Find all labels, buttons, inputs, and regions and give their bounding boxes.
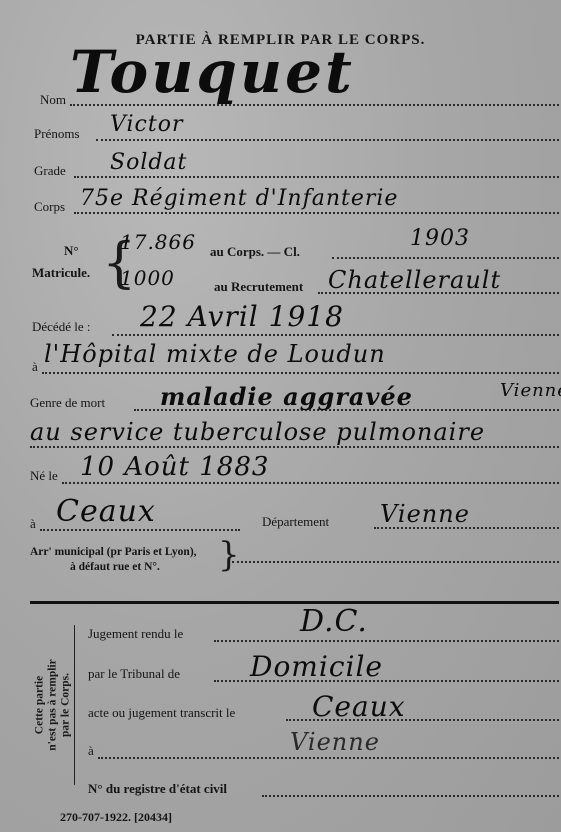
civil-a-value: Vienne — [290, 728, 380, 756]
civil-a-label: à — [88, 743, 94, 759]
civil-section-side-note: Cette partie n'est pas à remplir par le … — [28, 620, 78, 790]
registre-dotted-line — [262, 795, 559, 797]
recrutement-lieu-value: Chatellerault — [328, 266, 501, 294]
genre-de-mort-value: maladie aggravée — [160, 382, 413, 411]
matricule-corps-label: au Corps. — Cl. — [210, 244, 300, 260]
arrondissement-label-line1: Arr' municipal (pr Paris et Lyon), — [30, 546, 197, 558]
side-note-line-3: par le Corps. — [60, 659, 73, 750]
matricule-label: Matricule. — [32, 265, 90, 281]
matricule-no-label: N° — [64, 243, 79, 259]
print-reference: 270-707-1922. [20434] — [60, 810, 172, 825]
departement-label: Département — [262, 514, 329, 530]
decede-le-value: 22 Avril 1918 — [140, 300, 344, 333]
prenoms-label: Prénoms — [34, 126, 80, 142]
decede-le-label: Décédé le : — [32, 319, 90, 335]
decede-a-dotted-line — [42, 372, 559, 374]
section-divider — [30, 601, 559, 604]
side-note-line-2: n'est pas à remplir — [47, 659, 60, 750]
classe-value: 1903 — [410, 226, 470, 251]
genre-de-mort-label: Genre de mort — [30, 395, 105, 411]
jugement-rendu-dotted-line — [214, 640, 559, 642]
nom-value: Touquet — [70, 38, 355, 106]
corps-dotted-line — [74, 212, 559, 214]
ne-le-dotted-line — [62, 482, 559, 484]
matricule-recrutement-label: au Recrutement — [214, 279, 303, 295]
ne-a-value: Ceaux — [56, 494, 156, 529]
prenoms-value: Victor — [110, 112, 183, 137]
prenoms-dotted-line — [96, 139, 559, 141]
registre-label: N° du registre d'état civil — [88, 781, 227, 797]
genre-de-mort-continuation-line — [30, 446, 559, 448]
civil-a-dotted-line — [98, 757, 559, 759]
grade-value: Soldat — [110, 150, 187, 175]
tribunal-label: par le Tribunal de — [88, 666, 180, 682]
arrondissement-brace: } — [218, 538, 240, 572]
decede-a-margin-note: Vienne — [500, 380, 561, 401]
civil-section-brace — [74, 625, 75, 785]
genre-de-mort-continuation: au service tuberculose pulmonaire — [30, 418, 485, 446]
matricule-corps-value: 17.866 — [120, 230, 196, 254]
jugement-rendu-value: D.C. — [300, 604, 368, 639]
corps-label: Corps — [34, 199, 65, 215]
corps-value: 75e Régiment d'Infanterie — [80, 186, 398, 211]
side-note-line-1: Cette partie — [34, 659, 47, 750]
classe-dotted-line — [332, 257, 559, 259]
ne-a-dotted-line — [40, 529, 240, 531]
tribunal-value: Domicile — [250, 650, 383, 683]
decede-a-label: à — [32, 359, 38, 375]
matricule-recrutement-value: 1000 — [120, 266, 175, 290]
ne-a-label: à — [30, 516, 36, 532]
ne-le-value: 10 Août 1883 — [80, 452, 269, 482]
jugement-rendu-label: Jugement rendu le — [88, 626, 183, 642]
nom-label: Nom — [40, 92, 66, 108]
departement-value: Vienne — [380, 500, 470, 528]
grade-label: Grade — [34, 163, 66, 179]
arrondissement-label-line2: à défaut rue et N°. — [70, 561, 160, 573]
decede-a-value: l'Hôpital mixte de Loudun — [44, 340, 386, 368]
death-record-card: PARTIE À REMPLIR PAR LE CORPS. Nom Touqu… — [0, 0, 561, 832]
decede-le-dotted-line — [112, 334, 559, 336]
arrondissement-dotted-line — [232, 561, 559, 563]
transcrit-label: acte ou jugement transcrit le — [88, 705, 235, 721]
grade-dotted-line — [74, 176, 559, 178]
ne-le-label: Né le — [30, 468, 58, 484]
transcrit-value: Ceaux — [312, 690, 406, 723]
